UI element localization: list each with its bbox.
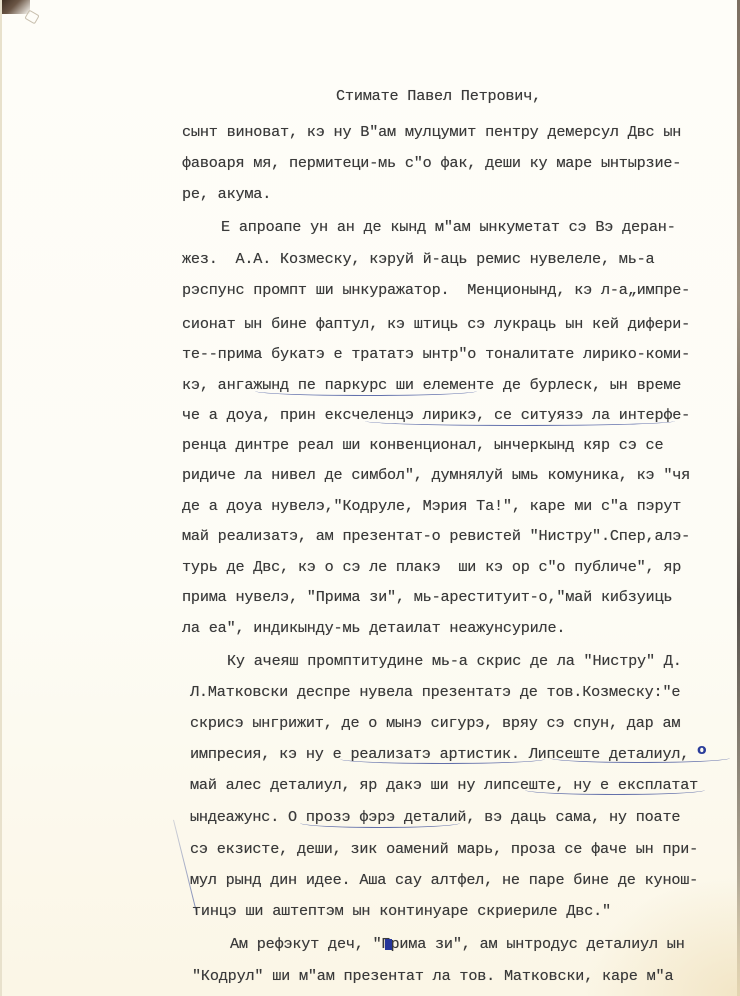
ink-correction-mark (385, 939, 392, 950)
text-line-14: май реализатэ, ам презентат-о ревистей "… (182, 527, 690, 545)
text-line-27: Ам рефэкут деч, "Прима зи", ам ынтродус … (230, 935, 685, 953)
text-line-5: жез. А.А. Козмеску, кэруй й-аць ремис ну… (182, 250, 654, 268)
text-line-19: Л.Матковски деспре нувела презентатэ де … (190, 683, 680, 701)
text-line-26: тинцэ ши аштептэм ын континуаре скриерил… (192, 902, 611, 920)
text-line-25: мул рынд дин идее. Аша сау алтфел, не па… (190, 871, 698, 889)
text-line-2: фавоаря мя, пермитеци-мь с"о фак, деши к… (182, 154, 681, 172)
text-line-3: ре, акума. (182, 185, 271, 203)
salutation: Стимате Павел Петрович, (336, 87, 541, 105)
text-line-7: сионат ын бине фаптул, кэ штиць сэ лукра… (182, 315, 690, 333)
text-line-28: "Кодрул" ши м"ам презентат ла тов. Матко… (192, 967, 673, 985)
text-line-8: те--прима букатэ е трататэ ынтр"о тонали… (182, 345, 690, 363)
text-line-1: сынт виновaт, кэ ну В"ам мулцумит пентру… (182, 123, 681, 141)
text-line-17: ла еа", индикынду-мь детаилат неажунсури… (182, 619, 565, 637)
text-line-13: де а доуа нувелэ,"Кодруле, Мэрия Та!", к… (182, 497, 681, 515)
insertion-caret-icon: ο (697, 742, 707, 758)
text-line-18: Ку ачеяш промптитудине мь-а скрис де ла … (227, 652, 682, 670)
text-line-6: рэспунс промпт ши ынкуражатор. Менционын… (182, 281, 690, 299)
text-line-11: ренца динтре реал ши конвенционал, ынчер… (182, 436, 663, 454)
text-line-16: прима нувелэ, "Прима зи", мь-ареституит-… (182, 588, 672, 606)
typewritten-letter: Стимате Павел Петрович, сынт виновaт, кэ… (0, 0, 740, 996)
document-page: Стимате Павел Петрович, сынт виновaт, кэ… (0, 0, 740, 996)
text-line-24: сэ екзисте, деши, зик оамений марь, проз… (190, 840, 698, 858)
text-line-20: скрисэ ынгрижит, де о мынэ сигурэ, вряу … (190, 714, 680, 732)
text-line-4: Е апроапе ун ан де кынд м"ам ынкуметат с… (221, 218, 676, 236)
text-line-15: турь де Двс, кэ о сэ ле плакэ ши кэ ор с… (182, 558, 681, 576)
text-line-12: ридиче ла нивел де симбол", думнялуй ымь… (182, 466, 690, 484)
